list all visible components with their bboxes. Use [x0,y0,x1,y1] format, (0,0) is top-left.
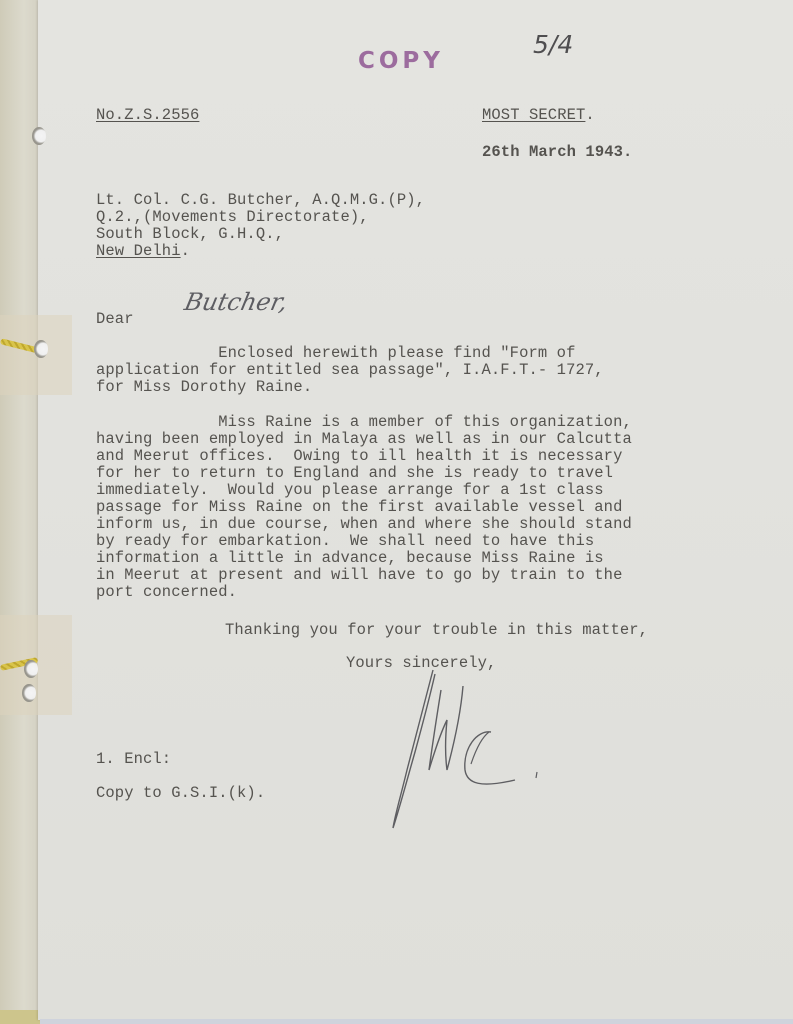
paragraph-2-line: Miss Raine is a member of this organizat… [96,414,632,431]
punch-hole-icon [34,340,48,358]
punch-hole-icon [24,660,38,678]
copy-stamp: COPY [358,48,444,74]
paragraph-2-line: inform us, in due course, when and where… [96,516,632,533]
paragraph-2-line: information a little in advance, because… [96,550,604,567]
addressee-city-line: New Delhi. [96,243,190,260]
addressee-line: South Block, G.H.Q., [96,226,284,243]
page-bottom-edge [40,1019,793,1024]
copy-to-note: Copy to G.S.I.(k). [96,785,265,802]
paragraph-1-line: application for entitled sea passage", I… [96,362,604,379]
punch-hole-icon [32,127,46,145]
handwritten-salutation-name: Butcher, [182,288,290,316]
classification-label: MOST SECRET [482,106,585,124]
addressee-city-suffix: . [181,242,190,260]
paragraph-1-line: Enclosed herewith please find "Form of [96,345,575,362]
paragraph-2-line: passage for Miss Raine on the first avai… [96,499,622,516]
paragraph-2-line: by ready for embarkation. We shall need … [96,533,594,550]
paragraph-2-line: for her to return to England and she is … [96,465,613,482]
signature-icon [385,660,555,840]
punch-hole-icon [22,684,36,702]
paragraph-2-line: port concerned. [96,584,237,601]
handwritten-reference: 5/4 [533,30,573,59]
paragraph-2-line: and Meerut offices. Owing to ill health … [96,448,622,465]
enclosures-note: 1. Encl: [96,751,171,768]
paragraph-2-line: immediately. Would you please arrange fo… [96,482,604,499]
underlying-sheet-corner [0,1010,40,1024]
paragraph-2-line: in Meerut at present and will have to go… [96,567,622,584]
addressee-line: Lt. Col. C.G. Butcher, A.Q.M.G.(P), [96,192,425,209]
classification-line: MOST SECRET. [482,107,595,124]
paragraph-1-line: for Miss Dorothy Raine. [96,379,312,396]
paragraph-2-line: having been employed in Malaya as well a… [96,431,632,448]
closing-line: Thanking you for your trouble in this ma… [225,622,648,639]
addressee-line: Q.2.,(Movements Directorate), [96,209,369,226]
reference-number: No.Z.S.2556 [96,107,199,124]
salutation: Dear [96,311,134,328]
letter-date: 26th March 1943. [482,144,632,161]
underlying-sheet-edge [0,0,40,1024]
classification-suffix: . [585,106,594,124]
addressee-city: New Delhi [96,242,181,260]
